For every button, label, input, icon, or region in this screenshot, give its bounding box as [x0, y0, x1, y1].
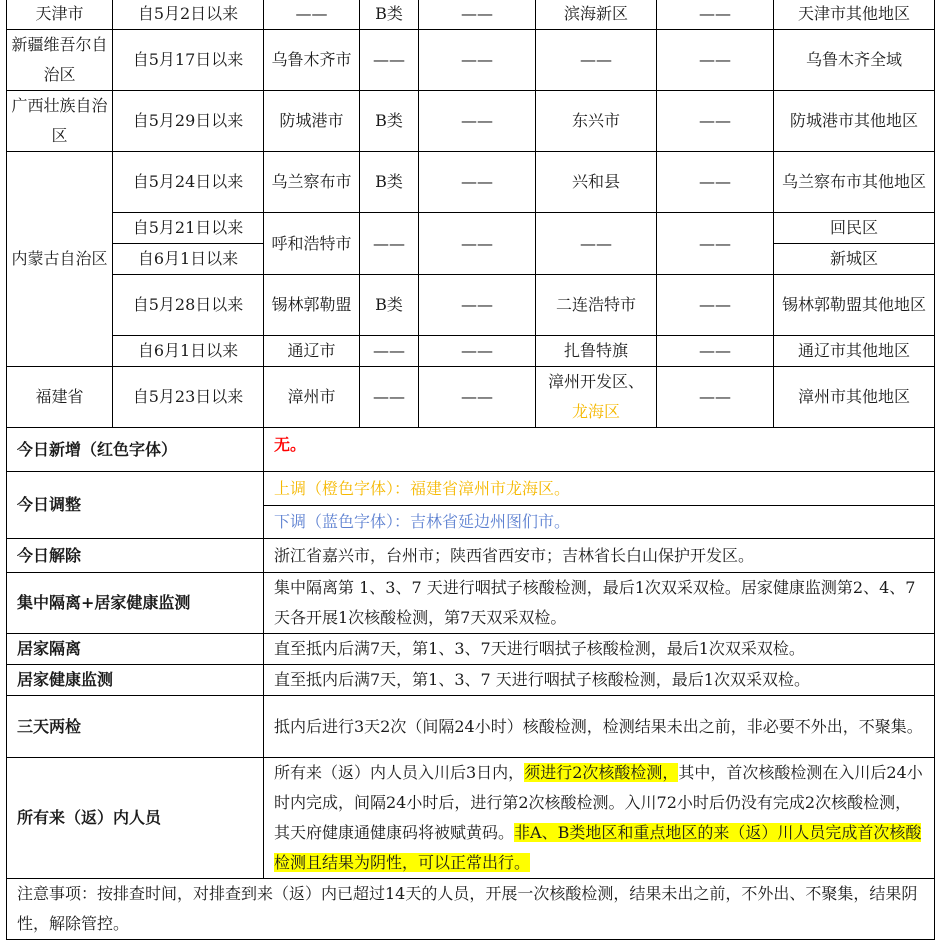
risk-area-table: 天津市 自5月2日以来 —— B类 —— 滨海新区 —— 天津市其他地区 新疆维…: [6, 0, 935, 428]
class-cell: ——: [360, 213, 419, 275]
col5-cell: 二连浩特市: [536, 275, 657, 336]
col4-cell: ——: [419, 213, 536, 275]
city-cell: 防城港市: [264, 91, 360, 152]
since-cell: 自6月1日以来: [113, 336, 264, 367]
all-text-1: 所有来（返）内人员入川后3日内，: [274, 763, 524, 782]
city-cell: 锡林郭勒盟: [264, 275, 360, 336]
col6-cell: ——: [657, 336, 774, 367]
table-row: 广西壮族自治区 自5月29日以来 防城港市 B类 —— 东兴市 —— 防城港市其…: [7, 91, 935, 152]
col6-cell: ——: [657, 30, 774, 91]
new-value: 无。: [274, 435, 306, 454]
col4-cell: ——: [419, 30, 536, 91]
province-cell: 天津市: [7, 0, 113, 30]
col7-cell: 漳州市其他地区: [774, 367, 935, 428]
city-cell: ——: [264, 0, 360, 30]
adjust-down-value: 下调（蓝色字体）：吉林省延边州图们市。: [264, 506, 935, 539]
col4-cell: ——: [419, 91, 536, 152]
table-row: 自5月28日以来 锡林郭勒盟 B类 —— 二连浩特市 —— 锡林郭勒盟其他地区: [7, 275, 935, 336]
since-cell: 自5月29日以来: [113, 91, 264, 152]
central-label: 集中隔离+居家健康监测: [7, 573, 264, 634]
table-row: 自5月21日以来 呼和浩特市 —— —— —— —— 回民区: [7, 213, 935, 244]
adjust-label: 今日调整: [7, 472, 264, 539]
col5-text: 漳州开发区、: [548, 372, 644, 391]
table-row: 居家隔离 直至抵内后满7天，第1、3、7天进行咽拭子核酸检测，最后1次双采双检。: [7, 634, 935, 665]
three-label: 三天两检: [7, 696, 264, 758]
since-cell: 自5月23日以来: [113, 367, 264, 428]
col5-cell: 滨海新区: [536, 0, 657, 30]
class-cell: B类: [360, 152, 419, 213]
lift-label: 今日解除: [7, 539, 264, 573]
col4-cell: ——: [419, 275, 536, 336]
col6-cell: ——: [657, 275, 774, 336]
col5-cell: 兴和县: [536, 152, 657, 213]
since-cell: 自5月28日以来: [113, 275, 264, 336]
city-cell: 呼和浩特市: [264, 213, 360, 275]
table-row: 内蒙古自治区 自5月24日以来 乌兰察布市 B类 —— 兴和县 —— 乌兰察布市…: [7, 152, 935, 213]
class-cell: B类: [360, 91, 419, 152]
upgraded-area-text: 龙海区: [572, 402, 620, 421]
col4-cell: ——: [419, 336, 536, 367]
table-row: 集中隔离+居家健康监测 集中隔离第 1、3、7 天进行咽拭子核酸检测，最后1次双…: [7, 573, 935, 634]
col5-cell: ——: [536, 213, 657, 275]
col5-cell: 扎鲁特旗: [536, 336, 657, 367]
since-cell: 自6月1日以来: [113, 244, 264, 275]
since-cell: 自5月2日以来: [113, 0, 264, 30]
col6-cell: ——: [657, 0, 774, 30]
table-row: 天津市 自5月2日以来 —— B类 —— 滨海新区 —— 天津市其他地区: [7, 0, 935, 30]
class-cell: ——: [360, 30, 419, 91]
province-cell: 广西壮族自治区: [7, 91, 113, 152]
all-value: 所有来（返）内人员入川后3日内，须进行2次核酸检测，其中，首次核酸检测在入川后2…: [264, 758, 935, 879]
col5-cell: ——: [536, 30, 657, 91]
since-cell: 自5月24日以来: [113, 152, 264, 213]
city-cell: 乌兰察布市: [264, 152, 360, 213]
adjust-up-value: 上调（橙色字体）：福建省漳州市龙海区。: [264, 472, 935, 506]
col6-cell: ——: [657, 213, 774, 275]
table-row: 三天两检 抵内后进行3天2次（间隔24小时）核酸检测，检测结果未出之前，非必要不…: [7, 696, 935, 758]
col5-cell: 漳州开发区、龙海区: [536, 367, 657, 428]
col6-cell: ——: [657, 152, 774, 213]
city-cell: 漳州市: [264, 367, 360, 428]
col4-cell: ——: [419, 0, 536, 30]
home-label: 居家隔离: [7, 634, 264, 665]
table-row: 注意事项：按排查时间，对排查到来（返）内已超过14天的人员，开展一次核酸检测，结…: [7, 879, 935, 940]
note-text: 注意事项：按排查时间，对排查到来（返）内已超过14天的人员，开展一次核酸检测，结…: [7, 879, 935, 940]
home-value: 直至抵内后满7天，第1、3、7天进行咽拭子核酸检测，最后1次双采双检。: [264, 634, 935, 665]
col4-cell: ——: [419, 152, 536, 213]
table-row: 新疆维吾尔自治区 自5月17日以来 乌鲁木齐市 —— —— —— —— 乌鲁木齐…: [7, 30, 935, 91]
all-label: 所有来（返）内人员: [7, 758, 264, 879]
table-row: 今日解除 浙江省嘉兴市，台州市；陕西省西安市；吉林省长白山保护开发区。: [7, 539, 935, 573]
col7-cell: 乌兰察布市其他地区: [774, 152, 935, 213]
col6-cell: ——: [657, 367, 774, 428]
policy-table: 今日新增（红色字体） 无。 今日调整 上调（橙色字体）：福建省漳州市龙海区。 下…: [6, 427, 935, 940]
col7-cell: 天津市其他地区: [774, 0, 935, 30]
col6-cell: ——: [657, 91, 774, 152]
new-label: 今日新增（红色字体）: [7, 428, 264, 472]
class-cell: B类: [360, 0, 419, 30]
col7-cell: 锡林郭勒盟其他地区: [774, 275, 935, 336]
col7-cell: 乌鲁木齐全域: [774, 30, 935, 91]
class-cell: ——: [360, 367, 419, 428]
province-cell: 新疆维吾尔自治区: [7, 30, 113, 91]
table-row: 今日调整 上调（橙色字体）：福建省漳州市龙海区。: [7, 472, 935, 506]
table-row: 居家健康监测 直至抵内后满7天，第1、3、7 天进行咽拭子核酸检测，最后1次双采…: [7, 665, 935, 696]
col7-cell: 通辽市其他地区: [774, 336, 935, 367]
col7-cell: 回民区: [774, 213, 935, 244]
col5-cell: 东兴市: [536, 91, 657, 152]
since-cell: 自5月17日以来: [113, 30, 264, 91]
table-row: 所有来（返）内人员 所有来（返）内人员入川后3日内，须进行2次核酸检测，其中，首…: [7, 758, 935, 879]
class-cell: B类: [360, 275, 419, 336]
col7-cell: 防城港市其他地区: [774, 91, 935, 152]
col7-cell: 新城区: [774, 244, 935, 275]
central-value: 集中隔离第 1、3、7 天进行咽拭子核酸检测，最后1次双采双检。居家健康监测第2…: [264, 573, 935, 634]
province-cell: 福建省: [7, 367, 113, 428]
table-row: 自6月1日以来 通辽市 —— —— 扎鲁特旗 —— 通辽市其他地区: [7, 336, 935, 367]
city-cell: 通辽市: [264, 336, 360, 367]
three-value: 抵内后进行3天2次（间隔24小时）核酸检测，检测结果未出之前，非必要不外出，不聚…: [264, 696, 935, 758]
class-cell: ——: [360, 336, 419, 367]
table-row: 今日新增（红色字体） 无。: [7, 428, 935, 472]
lift-value: 浙江省嘉兴市，台州市；陕西省西安市；吉林省长白山保护开发区。: [264, 539, 935, 573]
table-row: 福建省 自5月23日以来 漳州市 —— —— 漳州开发区、龙海区 —— 漳州市其…: [7, 367, 935, 428]
city-cell: 乌鲁木齐市: [264, 30, 360, 91]
province-cell: 内蒙古自治区: [7, 152, 113, 367]
col4-cell: ——: [419, 367, 536, 428]
since-cell: 自5月21日以来: [113, 213, 264, 244]
all-text-highlight-1: 须进行2次核酸检测，: [524, 763, 678, 782]
monitor-value: 直至抵内后满7天，第1、3、7 天进行咽拭子核酸检测，最后1次双采双检。: [264, 665, 935, 696]
monitor-label: 居家健康监测: [7, 665, 264, 696]
